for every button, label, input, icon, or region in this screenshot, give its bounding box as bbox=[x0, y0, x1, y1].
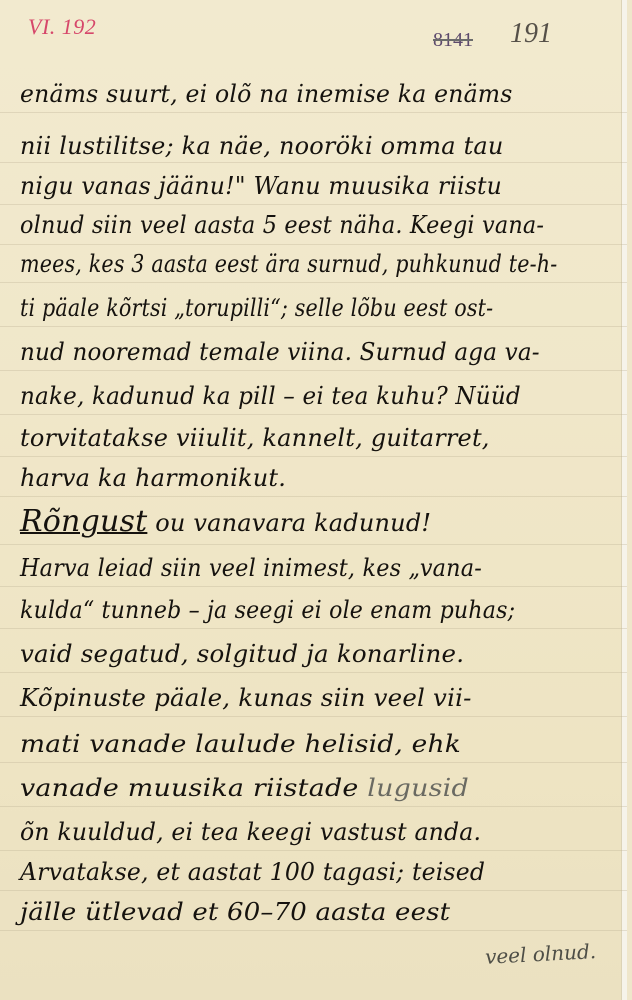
ruled-line bbox=[0, 716, 627, 717]
ruled-line bbox=[0, 370, 627, 371]
ruled-line bbox=[0, 806, 627, 807]
text-line: õn kuuldud, ei tea keegi vastust anda. bbox=[20, 818, 481, 846]
ruled-line bbox=[0, 496, 627, 497]
text-line: nake, kadunud ka pill – ei tea kuhu? Nüü… bbox=[20, 382, 521, 410]
text-line: nigu vanas jäänu!" Wanu muusika riistu bbox=[20, 172, 502, 200]
ruled-line bbox=[0, 890, 627, 891]
ruled-line bbox=[0, 282, 627, 283]
ruled-line bbox=[0, 850, 627, 851]
ruled-line bbox=[0, 762, 627, 763]
text-line: mees, kes 3 aasta eest ära surnud, puhku… bbox=[20, 250, 557, 278]
closing-pencil-note: veel olnud. bbox=[484, 939, 596, 969]
text-line: enäms suurt, ei olõ na inemise ka enäms bbox=[20, 80, 513, 108]
text-line: nud nooremad temale viina. Surnud aga va… bbox=[20, 338, 540, 366]
heading-place-name: Rõngust bbox=[20, 504, 147, 539]
manuscript-page: VI. 192 8141 191 enäms suurt, ei olõ na … bbox=[0, 0, 627, 1000]
ruled-line bbox=[0, 112, 627, 113]
text-line: nii lustilitse; ka näe, nooröki omma tau bbox=[20, 132, 504, 160]
text-line: Harva leiad siin veel inimest, kes „vana… bbox=[20, 554, 482, 582]
old-page-number: 8141 bbox=[433, 29, 473, 52]
ruled-line bbox=[0, 204, 627, 205]
heading-rest: ou vanavara kadunud! bbox=[155, 509, 431, 537]
text-line: ti päale kõrtsi „torupilli“; selle lõbu … bbox=[20, 294, 493, 322]
text-line-ink: vanade muusika riistade bbox=[20, 774, 359, 802]
ruled-line bbox=[0, 414, 627, 415]
text-line: jälle ütlevad et 60–70 aasta eest bbox=[20, 898, 450, 926]
ruled-line bbox=[0, 456, 627, 457]
text-line: vaid segatud, solgitud ja konarline. bbox=[20, 640, 464, 668]
archive-signature-text: VI. 192 bbox=[28, 14, 96, 39]
ruled-line bbox=[0, 162, 627, 163]
ruled-line bbox=[0, 326, 627, 327]
text-line: mati vanade laulude helisid, ehk bbox=[20, 730, 461, 758]
ruled-line bbox=[0, 628, 627, 629]
ruled-line bbox=[0, 244, 627, 245]
text-line: olnud siin veel aasta 5 eest näha. Keegi… bbox=[20, 211, 544, 239]
ruled-line bbox=[0, 930, 627, 931]
page-number: 191 bbox=[510, 18, 552, 50]
text-line: Arvatakse, et aastat 100 tagasi; teised bbox=[20, 858, 485, 886]
text-line: kulda“ tunneb – ja seegi ei ole enam puh… bbox=[20, 596, 515, 624]
text-line: torvitatakse viiulit, kannelt, guitarret… bbox=[20, 424, 490, 452]
ruled-line bbox=[0, 672, 627, 673]
text-line: Kõpinuste päale, kunas siin veel vii- bbox=[20, 684, 472, 712]
section-heading-line: Rõngust ou vanavara kadunud! bbox=[20, 504, 431, 539]
text-line: harva ka harmonikut. bbox=[20, 464, 286, 492]
text-line: vanade muusika riistade lugusid bbox=[20, 774, 469, 802]
ruled-line bbox=[0, 544, 627, 545]
ruled-line bbox=[0, 586, 627, 587]
archive-signature: VI. 192 bbox=[28, 14, 96, 40]
pencil-insert-word: lugusid bbox=[367, 774, 469, 802]
